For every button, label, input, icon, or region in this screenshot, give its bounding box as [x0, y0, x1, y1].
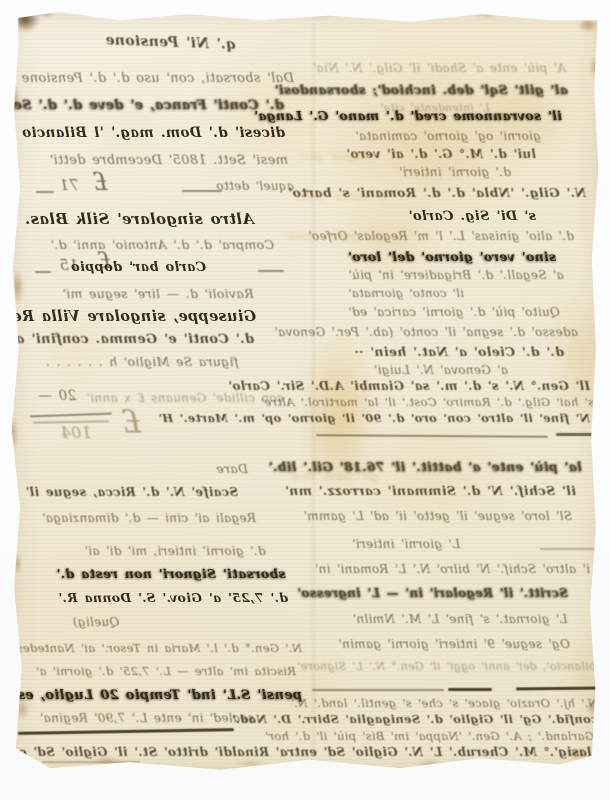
- ink-rule: [516, 687, 600, 690]
- handwriting-line-right: sino' vero' giorno' del' loro': [338, 251, 566, 264]
- handwriting-line-left: N.' Gen.° d.' l.' Maria in Tesor.' ai' N…: [50, 643, 302, 655]
- handwriting-line-right: Sl' loro' segue' il' getto' ii' ad' L' g…: [332, 510, 572, 522]
- ink-rule: [35, 271, 51, 273]
- handwriting-line-left: mesi' Sett. 1805' Decembre detti': [50, 154, 288, 167]
- ink-rule: [258, 270, 284, 272]
- handwriting-line-left: d.' 7,25' a' Giov.' S.' Donna R.': [62, 592, 288, 605]
- edge-stain: [12, 552, 22, 576]
- handwriting-line-right: L' giorni' intieri': [330, 538, 482, 550]
- edge-stain: [590, 56, 600, 78]
- ink-rule: [30, 413, 112, 418]
- handwriting-line-right: N' fine' il' altro' con' oro' d.' 90' il…: [318, 413, 590, 425]
- handwriting-line-left: sborsati' Signori' non resta d.': [50, 568, 292, 581]
- handwriting-line-right: il' sovrannome cred' d.' mano' G.' Langa…: [330, 110, 562, 123]
- handwriting-line-left: £: [88, 170, 112, 194]
- handwriting-line-ghost: segue' pia': [298, 150, 370, 162]
- handwriting-line-left: pensi' S.L' ind' Tempio 20 Luglio, essen…: [42, 689, 302, 702]
- handwriting-line-ghost: sin' delle' more': [296, 230, 388, 242]
- handwriting-line-left: Giuseppe, singolare Villa Reale: [50, 310, 256, 325]
- handwriting-line-left: aquel' detto: [226, 180, 294, 192]
- ink-rule: [556, 433, 596, 436]
- handwriting-line-left: 104: [50, 425, 102, 441]
- handwriting-line-left: Ravioli' d. — lire' segue mi': [46, 288, 270, 301]
- ink-rule: [316, 434, 548, 437]
- handwriting-line-right: confid.' Gg' il' Giglio' d.' Senigaglia'…: [324, 714, 598, 726]
- handwriting-line-right: adesso' d.' segna' il' conto' (ab.' Per.…: [334, 326, 578, 338]
- handwriting-line-left: d.' giorni' intieri, mi' di' ai': [56, 545, 294, 557]
- handwriting-line-right: al' gilt' Sql' deb. inchiod'; sborsandos…: [336, 84, 568, 97]
- edge-stain: [236, 760, 266, 768]
- edge-stain: [8, 636, 20, 664]
- handwriting-line-right: Garland.' ; A.' Gen.' 'Nappa' im' Bis' p…: [328, 731, 594, 743]
- handwriting-line-right: N.' hj.' Orazio' giace' s' che' s' genti…: [326, 698, 598, 710]
- handwriting-line-right: L' giornat.' s' fine' L' M.' Nmiln': [352, 613, 568, 625]
- handwriting-line-right: a' Genova' N.' Luigi': [374, 364, 508, 376]
- handwriting-line-right: Og' segue' 9' intieri' giorni' gamin': [338, 638, 570, 650]
- ink-rule: [540, 548, 596, 550]
- ink-rule: [312, 689, 444, 691]
- handwriting-line-left: 71: [52, 178, 86, 193]
- handwriting-line-left: Regali ai' cini — d.' dimanziaga': [84, 512, 256, 524]
- edge-stain: [592, 236, 600, 276]
- handwriting-line-left: d.' Conti' e' Gemma. confini' a': [44, 333, 254, 346]
- handwriting-line-right: i' altro' Schif.' N' bilro' N.' L' Roman…: [328, 563, 590, 575]
- handwriting-line-right: A' più' ente a' Shadi' il' Gilg.' N.' Ni…: [332, 62, 566, 74]
- handwriting-line-left: 20 —: [34, 390, 80, 404]
- handwriting-line-left: Dal' sborsati, con' uso d.' d.' Pensione: [44, 72, 294, 85]
- handwriting-line-right: d.' d.' Cielo' a' Nat.' hein' ··: [344, 346, 574, 359]
- handwriting-line-right: Scritt.' il' Regolari' in' — L' ingresso…: [330, 587, 568, 599]
- handwriting-line-right: giorni' og' giorno' caminata': [350, 130, 546, 142]
- handwriting-line-right: a' Segall.' d.' Brigadiere' in' più': [344, 269, 568, 281]
- handwriting-line-left: dicesi' d.' Dom. mag.' 'l Bilancio di': [53, 127, 285, 141]
- handwriting-line-left: d.' Conti' Franca, e' deve d.' d.' Segni: [48, 99, 284, 112]
- handwriting-line-right: bilancio', dei' anni' oggi' il' Gen.° N.…: [326, 661, 596, 672]
- scanned-document: q.' Ni' PensioneDal' sborsati, con' uso …: [0, 0, 610, 800]
- handwriting-line-right: Il' Gen.° N.' s' d.' m.' sa' Giambi' A.D…: [328, 380, 590, 392]
- handwriting-line-ghost: il' conte' annt': [294, 190, 386, 202]
- handwriting-line-right: Quito' più' d.' giorni' carica' ed': [338, 306, 570, 318]
- handwriting-line-left: Compra' d.' d.' Antonio' anni' d.': [54, 239, 274, 252]
- handwriting-line-left: sealed' in' ente L.' 7,90' Regina': [52, 712, 254, 724]
- handwriting-line-ghost: gli' anni' resi': [294, 470, 378, 482]
- handwriting-line-left: con cillide' Genuans £ x anni': [78, 392, 292, 404]
- edge-stain: [6, 416, 18, 452]
- handwriting-line-right: lui' d.' M.° G.' d.' ai' vero': [352, 148, 536, 160]
- ink-rule: [18, 728, 234, 735]
- edge-stain: [300, 12, 336, 19]
- edge-stain: [416, 760, 444, 769]
- edge-stain: [476, 10, 498, 18]
- edge-stain: [10, 270, 24, 304]
- ink-rule: [42, 761, 140, 763]
- handwriting-line-right: s' hai' Gilg.' d.' Ramiro' Cost.' il' la…: [320, 397, 594, 409]
- handwriting-line-left: Carlo bar' doppio: [104, 261, 206, 274]
- handwriting-line-right: il' Schif.' N' d.' Simmani' carrozz.' mn…: [330, 485, 576, 498]
- edge-stain: [36, 8, 56, 18]
- handwriting-line-left: Dare: [206, 463, 258, 476]
- handwriting-line-left: Scaife' N.' d.' Ricca, segue il': [96, 486, 238, 498]
- handwriting-line-left: Riscita im' altre — L.' 7,25' d.' giorni…: [46, 666, 296, 678]
- manuscript-page: q.' Ni' PensioneDal' sborsati, con' uso …: [10, 8, 600, 772]
- handwriting-line-left: Altro singolare' Silk Blas.: [58, 212, 254, 227]
- handwriting-line-right: d.' giorni' intieri': [388, 166, 522, 178]
- handwriting-line-right: s' Di' Sig. Carlo': [424, 210, 536, 223]
- ink-rule: [448, 688, 492, 691]
- handwriting-line-left: figura Se Miglio' h . . . . . .: [44, 356, 240, 369]
- handwriting-line-footer: Blasig'.° M.' Cherub.' L' N.' Giglio' Sd…: [14, 746, 602, 758]
- handwriting-line-right: il' conto' giornata': [330, 288, 482, 300]
- edge-stain: [10, 6, 40, 32]
- handwriting-line-left: Quelig): [64, 616, 128, 628]
- edge-stain: [578, 18, 598, 32]
- handwriting-line-left: £: [116, 406, 146, 438]
- handwriting-line-left: q.' Ni' Pensione: [126, 34, 236, 52]
